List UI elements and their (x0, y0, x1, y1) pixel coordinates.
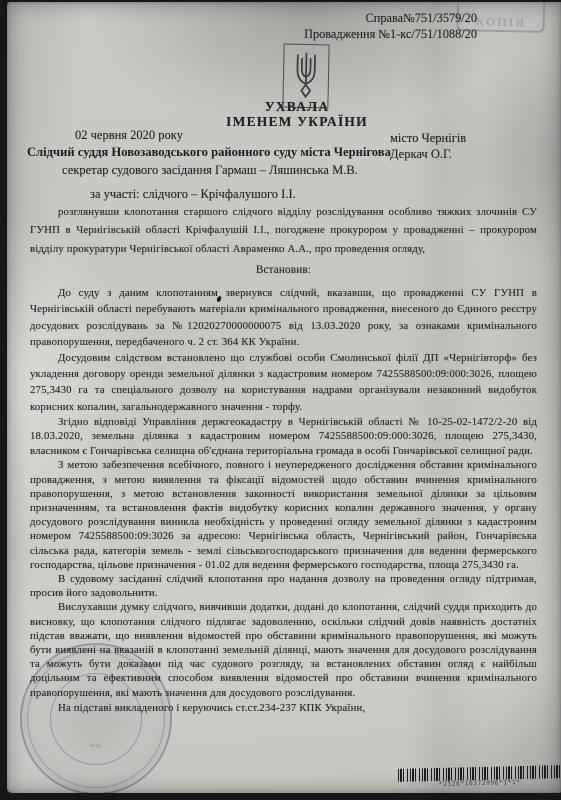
case-number-block: Справа№751/3579/20 Провадження №1-кс/751… (304, 10, 477, 42)
court-ruling-page: КОПІЯ Справа№751/3579/20 Провадження №1-… (7, 2, 561, 793)
closing-line: На підставі викладеного і керуючись ст.с… (30, 701, 537, 716)
registration-barcode: *2526*10372996*1*1* (398, 765, 561, 789)
document-title: УХВАЛА (20, 99, 561, 115)
secretary-line: секретар судового засідання Гармаш – Ляш… (62, 163, 358, 178)
judge-name: Деркач О.Г. (390, 147, 452, 162)
case-number: Справа№751/3579/20 (304, 10, 477, 26)
judge-line: Слідчий суддя Новозаводського районного … (27, 145, 391, 160)
ruling-date: 02 червня 2020 року (75, 128, 183, 143)
ruling-city: місто Чернігів (390, 131, 466, 146)
established-heading: Встановив: (30, 263, 537, 278)
body-paragraph: З метою забезпечення всебічного, повного… (30, 458, 537, 572)
copy-stamp-label: КОПІЯ (475, 14, 526, 30)
proceeding-number: Провадження №1-кс/751/1088/20 (304, 26, 477, 42)
participants-line: за участі: слідчого – Крічфалушого І.І. (90, 187, 296, 202)
trident-icon (286, 49, 325, 104)
body-paragraph: Згідно відповіді Управління держгеокадас… (30, 415, 537, 459)
seal-code-label: код (90, 740, 102, 749)
ruling-body: розглянувши клопотання старшого слідчого… (30, 203, 537, 716)
body-paragraph: В судовому засіданні слідчий клопотання … (30, 572, 537, 600)
body-paragraph: Досудовим слідством встановлено що служб… (30, 350, 537, 415)
body-paragraphs: До суду з даним клопотанням звернувся сл… (30, 285, 537, 700)
body-paragraph: Вислухавши думку слідчого, вивчивши дода… (30, 600, 537, 699)
preamble-paragraph: розглянувши клопотання старшого слідчого… (30, 203, 537, 258)
body-paragraph: До суду з даним клопотанням звернувся сл… (30, 285, 537, 350)
